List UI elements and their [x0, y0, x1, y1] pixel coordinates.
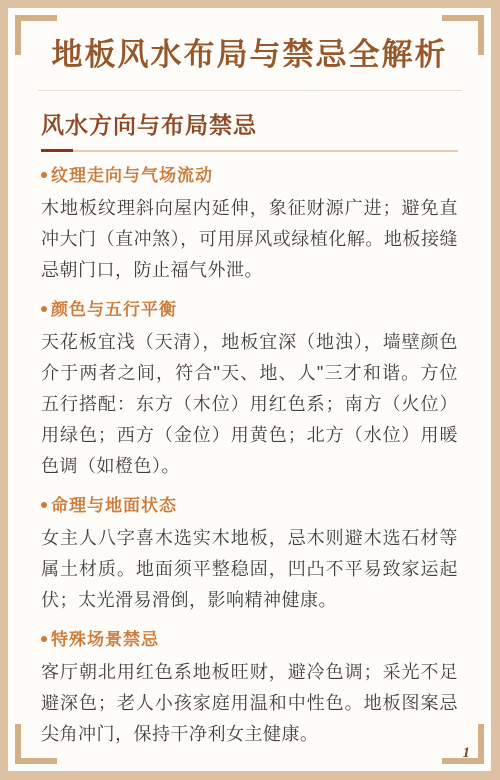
section-divider [41, 149, 458, 152]
subsection-heading-label: 颜色与五行平衡 [51, 300, 177, 319]
bullet-icon [41, 636, 47, 642]
content-card: 地板风水布局与禁忌全解析 风水方向与布局禁忌 纹理走向与气场流动 木地板纹理斜向… [8, 8, 491, 771]
bullet-icon [41, 502, 47, 508]
title-divider [38, 90, 462, 91]
subsection-special: 特殊场景禁忌 客厅朝北用红色系地板旺财，避冷色调；采光不足避深色；老人小孩家庭用… [41, 629, 458, 750]
subsection-heading: 颜色与五行平衡 [41, 299, 458, 321]
poster-page: 地板风水布局与禁忌全解析 风水方向与布局禁忌 纹理走向与气场流动 木地板纹理斜向… [0, 0, 500, 780]
corner-bracket-top-right [442, 15, 484, 55]
page-title: 地板风水布局与禁忌全解析 [48, 38, 451, 72]
subsection-body: 天花板宜浅（天清），地板宜深（地浊），墙壁颜色介于两者之间，符合"天、地、人"三… [41, 327, 458, 482]
subsection-texture: 纹理走向与气场流动 木地板纹理斜向屋内延伸，象征财源广进；避免直冲大门（直冲煞）… [41, 165, 458, 286]
subsection-heading: 特殊场景禁忌 [41, 629, 458, 651]
divider-line [73, 150, 458, 152]
subsection-body: 女主人八字喜木选实木地板，忌木则避木选石材等属土材质。地面须平整稳固，凹凸不平易… [41, 523, 458, 616]
subsection-heading-label: 纹理走向与气场流动 [51, 166, 213, 185]
content-area: 风水方向与布局禁忌 纹理走向与气场流动 木地板纹理斜向屋内延伸，象征财源广进；避… [33, 113, 466, 750]
section-title: 风水方向与布局禁忌 [41, 113, 458, 138]
subsection-fate: 命理与地面状态 女主人八字喜木选实木地板，忌木则避木选石材等属土材质。地面须平整… [41, 495, 458, 616]
corner-bracket-top-left [15, 15, 57, 55]
subsection-heading: 纹理走向与气场流动 [41, 165, 458, 187]
bullet-icon [41, 172, 47, 178]
corner-bracket-bottom-left [15, 724, 57, 764]
divider-accent [41, 149, 73, 152]
subsection-body: 木地板纹理斜向屋内延伸，象征财源广进；避免直冲大门（直冲煞），可用屏风或绿植化解… [41, 193, 458, 286]
subsection-body: 客厅朝北用红色系地板旺财，避冷色调；采光不足避深色；老人小孩家庭用温和中性色。地… [41, 657, 458, 750]
subsection-color: 颜色与五行平衡 天花板宜浅（天清），地板宜深（地浊），墙壁颜色介于两者之间，符合… [41, 299, 458, 482]
subsection-heading-label: 特殊场景禁忌 [51, 630, 159, 649]
subsection-heading: 命理与地面状态 [41, 495, 458, 517]
bullet-icon [41, 306, 47, 312]
subsection-heading-label: 命理与地面状态 [51, 496, 177, 515]
page-number: 1 [463, 745, 471, 762]
